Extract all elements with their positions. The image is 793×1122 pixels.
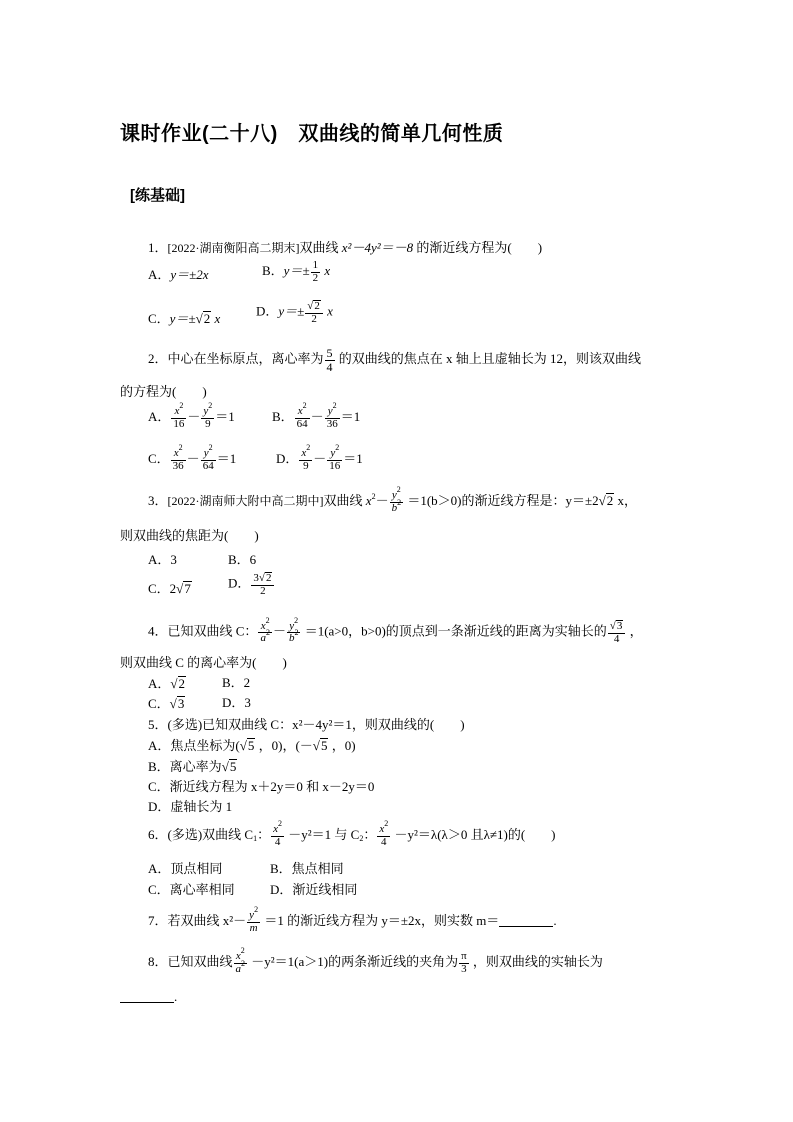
question-3-option-b[interactable]: B．6	[228, 553, 256, 566]
question-1-option-a[interactable]: A．y＝±2x	[148, 268, 209, 281]
question-6-option-b[interactable]: B．焦点相同	[270, 862, 344, 875]
question-6-option-a[interactable]: A．顶点相同	[148, 862, 222, 875]
question-6-stem: 6．(多选)双曲线 C1：x24 －y²＝1 与 C2：x24 －y²＝λ(λ＞…	[148, 824, 556, 848]
question-5-option-b[interactable]: B．离心率为√5	[148, 759, 237, 774]
sqrt-symbol: √2	[196, 311, 212, 326]
question-6-option-d[interactable]: D．渐近线相同	[270, 883, 357, 896]
page-title: 课时作业(二十八) 双曲线的简单几何性质	[120, 124, 503, 144]
question-5-stem: 5．(多选)已知双曲线 C：x²－4y²＝1，则双曲线的( )	[148, 718, 465, 731]
question-4-option-c[interactable]: C．√3	[148, 696, 185, 711]
question-source: [2022·湖南衡阳高二期末]	[168, 241, 300, 255]
question-1-stem: 1．[2022·湖南衡阳高二期末]双曲线 x²－4y²＝－8 的渐近线方程为( …	[148, 241, 542, 254]
question-2-option-c[interactable]: C．x236－y264＝1	[148, 448, 236, 472]
question-2-stem: 2．中心在坐标原点，离心率为54 的双曲线的焦点在 x 轴上且虚轴长为 12，则…	[148, 347, 641, 373]
question-4-option-b[interactable]: B．2	[222, 676, 250, 689]
answer-blank[interactable]	[499, 914, 553, 927]
answer-blank[interactable]	[120, 990, 174, 1003]
question-2-option-a[interactable]: A．x216－y29＝1	[148, 406, 235, 430]
question-3-option-d[interactable]: D．3√22	[228, 572, 275, 597]
question-8-answer-line: .	[120, 990, 177, 1003]
question-7-stem: 7．若双曲线 x²－y2m ＝1 的渐近线方程为 y＝±2x，则实数 m＝.	[148, 910, 557, 934]
question-8-stem: 8．已知双曲线x2a2 －y²＝1(a＞1)的两条渐近线的夹角为π3 ，则双曲线…	[148, 951, 603, 975]
question-2-option-d[interactable]: D．x29－y216＝1	[276, 448, 363, 472]
question-5-option-c[interactable]: C．渐近线方程为 x＋2y＝0 和 x－2y＝0	[148, 780, 374, 793]
question-1-option-c[interactable]: C．y＝±√2 x	[148, 311, 220, 326]
question-4-option-d[interactable]: D．3	[222, 696, 251, 709]
question-4-option-a[interactable]: A．√2	[148, 676, 186, 691]
question-4-stem-cont: 则双曲线 C 的离心率为( )	[120, 656, 287, 669]
question-3-stem: 3．[2022·湖南师大附中高二期中]双曲线 x2－y2b2 ＝1(b＞0)的渐…	[148, 490, 637, 514]
question-1-option-b[interactable]: B．y＝±12 x	[262, 260, 330, 284]
section-heading: [练基础]	[130, 188, 185, 203]
question-3-option-a[interactable]: A．3	[148, 553, 177, 566]
question-6-option-c[interactable]: C．离心率相同	[148, 883, 235, 896]
question-source: [2022·湖南师大附中高二期中]	[168, 494, 324, 508]
question-5-option-d[interactable]: D．虚轴长为 1	[148, 800, 232, 813]
question-2-option-b[interactable]: B．x264－y236＝1	[272, 406, 360, 430]
question-3-option-c[interactable]: C．2√7	[148, 581, 192, 596]
question-3-stem-cont: 则双曲线的焦距为( )	[120, 529, 259, 542]
question-4-stem: 4．已知双曲线 C：x2a2－y2b2 ＝1(a>0，b>0)的顶点到一条渐近线…	[148, 620, 643, 645]
question-1-option-d[interactable]: D．y＝±√22 x	[256, 300, 333, 325]
question-5-option-a[interactable]: A．焦点坐标为(√5 ，0)，(－√5 ，0)	[148, 738, 356, 753]
question-2-stem-cont: 的方程为( )	[120, 385, 207, 398]
